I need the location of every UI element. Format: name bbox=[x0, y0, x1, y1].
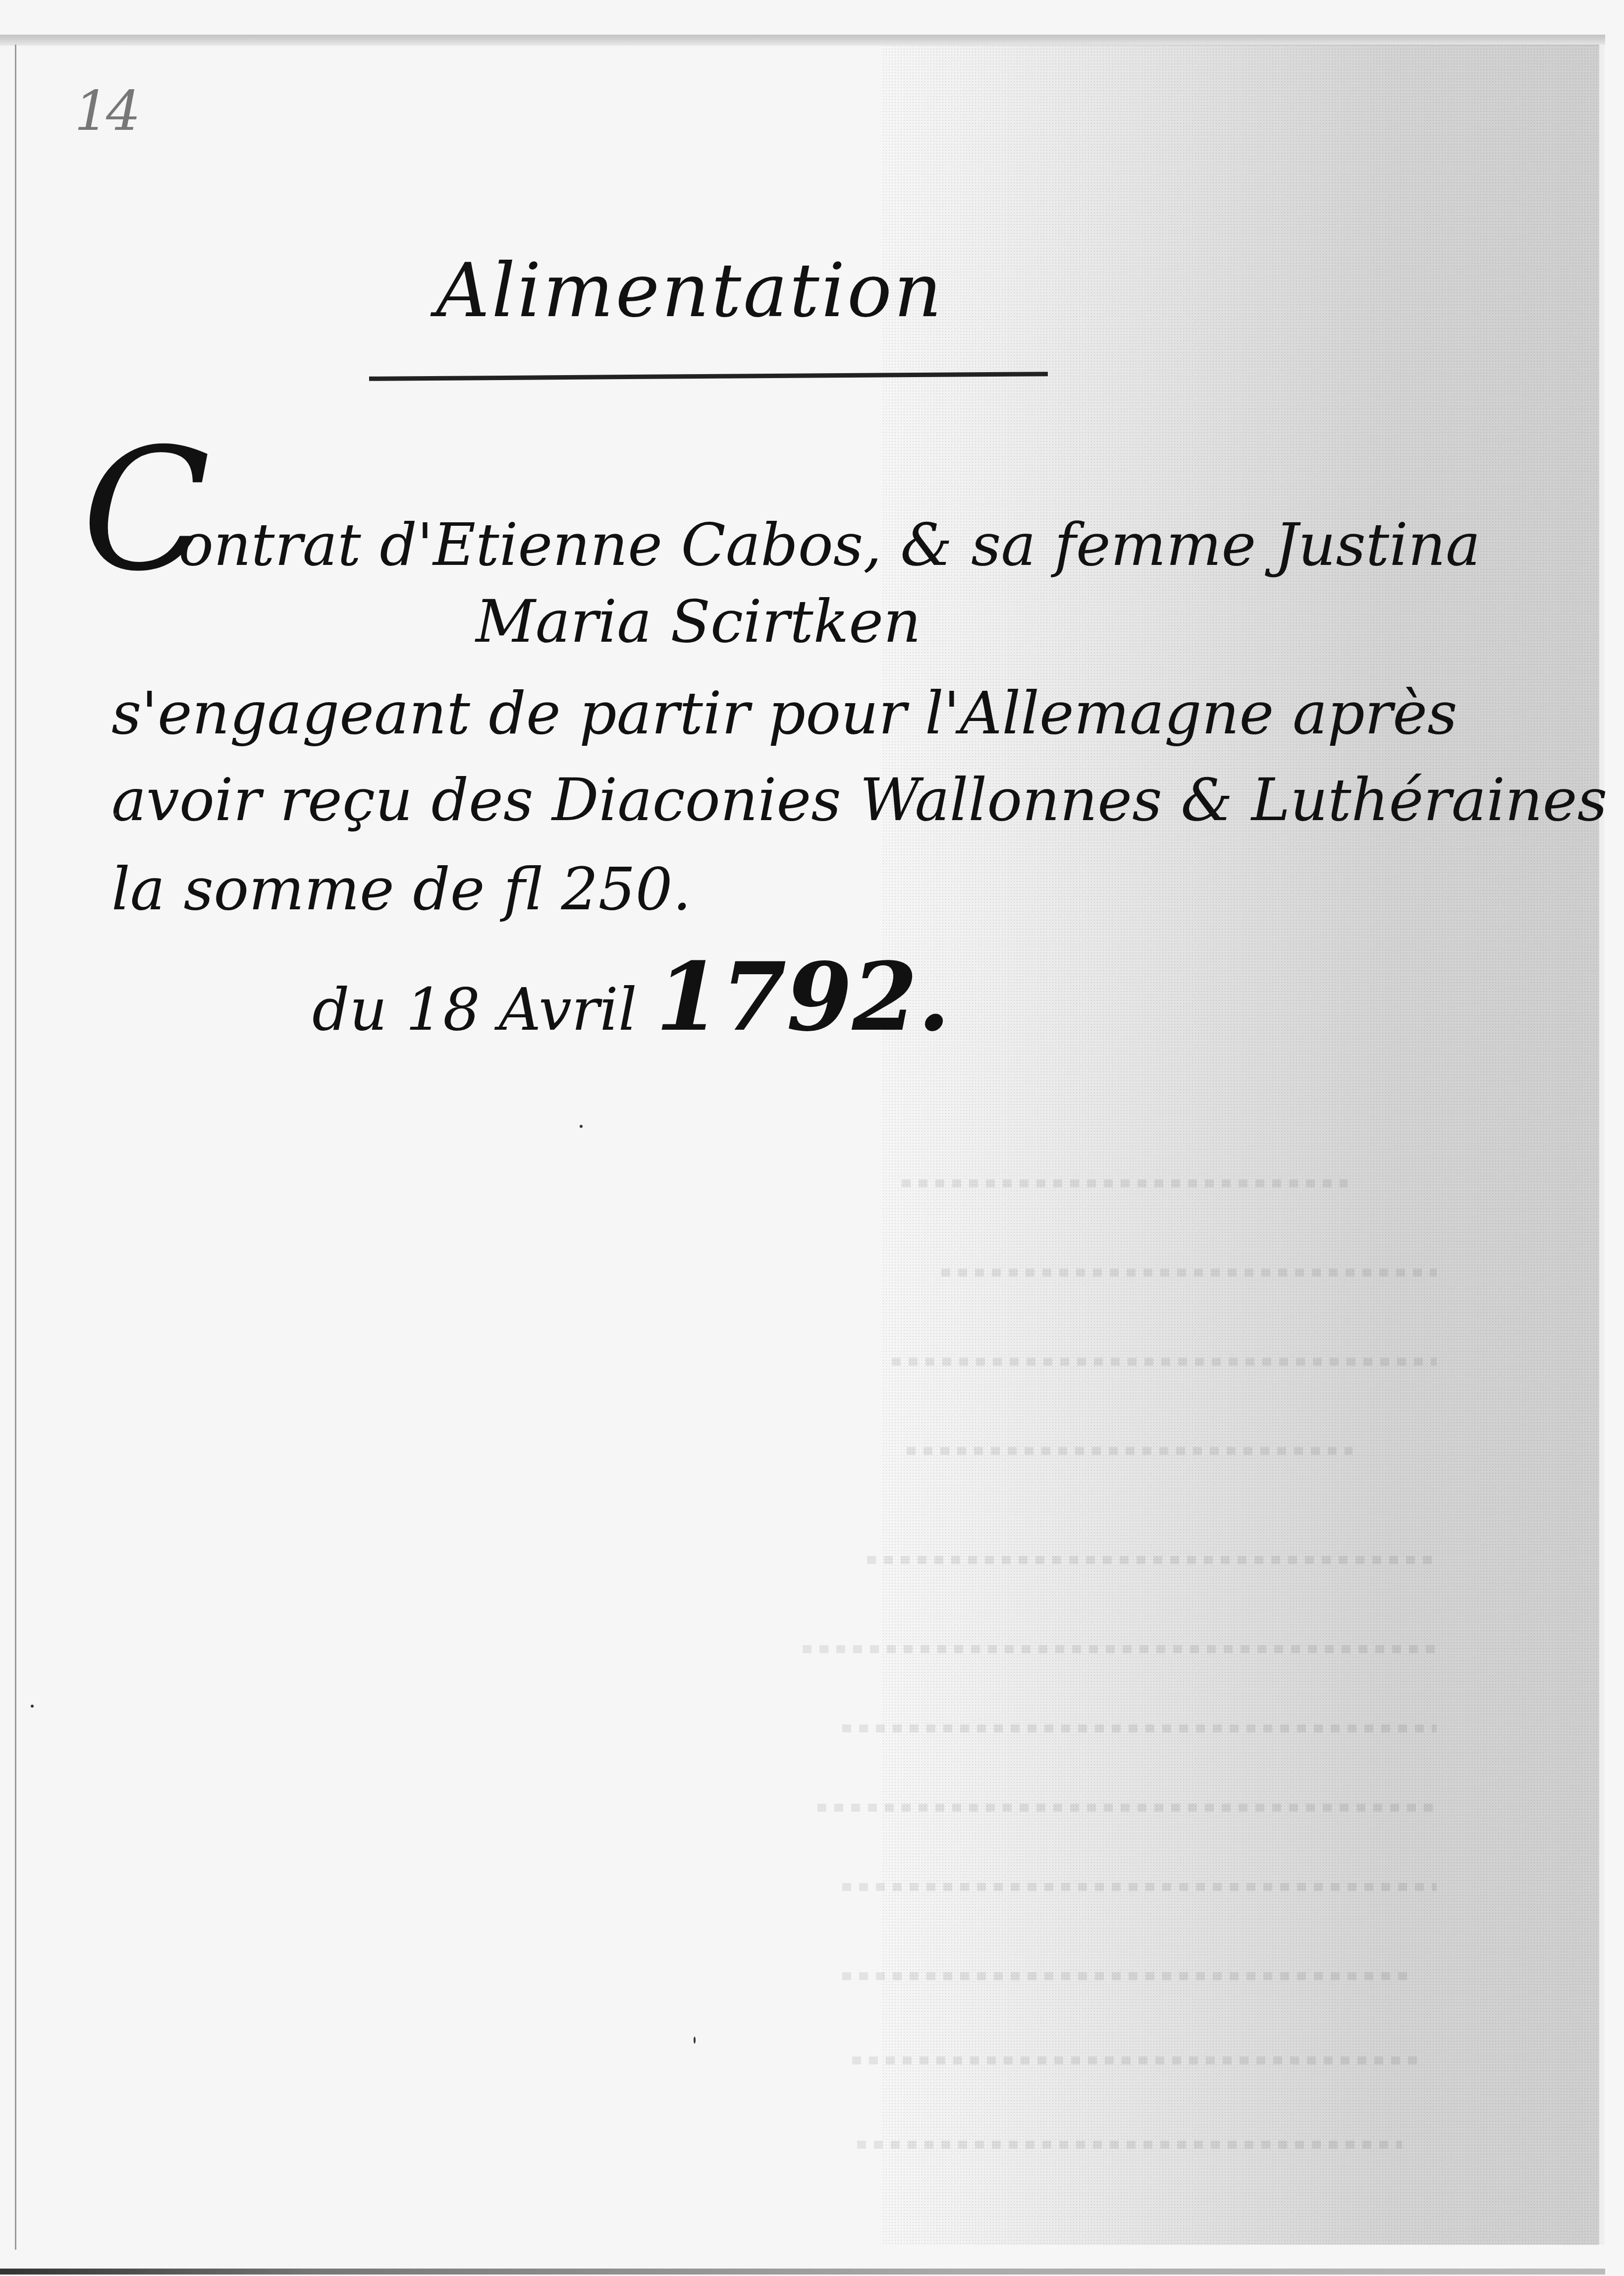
page-bottom-edge bbox=[0, 2269, 1605, 2275]
ghost-text-line bbox=[817, 1804, 1437, 1812]
ghost-text-line bbox=[892, 1358, 1437, 1366]
ghost-text-line bbox=[803, 1645, 1437, 1653]
body-line-5: la somme de fl 250. bbox=[111, 855, 691, 923]
ghost-text-line bbox=[852, 2056, 1422, 2064]
document-title: Alimentation bbox=[436, 248, 944, 334]
page-right-edge bbox=[1599, 45, 1604, 2245]
date-prefix: du 18 Avril bbox=[312, 975, 637, 1044]
page-top-edge bbox=[0, 35, 1605, 46]
ghost-text-line bbox=[867, 1556, 1437, 1564]
ghost-text-line bbox=[907, 1447, 1353, 1455]
body-line-4: avoir reçu des Diaconies Wallonnes & Lut… bbox=[111, 766, 1607, 834]
body-line-2: Maria Scirtken bbox=[476, 587, 921, 656]
ghost-text-line bbox=[842, 1972, 1412, 1980]
ghost-text-line bbox=[902, 1179, 1348, 1187]
ghost-text-line bbox=[857, 2141, 1402, 2149]
body-line-1: ontrat d'Etienne Cabos, & sa femme Justi… bbox=[178, 510, 1480, 579]
date-line: du 18 Avril 1792. bbox=[312, 942, 950, 1052]
date-year: 1792. bbox=[655, 942, 950, 1052]
page-left-edge bbox=[15, 45, 16, 2250]
ghost-text-line bbox=[842, 1883, 1437, 1891]
scanned-page: 14 Alimentation C ontrat d'Etienne Cabos… bbox=[0, 0, 1624, 2276]
ghost-text-line bbox=[941, 1269, 1437, 1277]
body-line-3: s'engageant de partir pour l'Allemagne a… bbox=[111, 679, 1458, 747]
folio-number: 14 bbox=[74, 79, 138, 143]
ghost-text-line bbox=[842, 1724, 1437, 1732]
